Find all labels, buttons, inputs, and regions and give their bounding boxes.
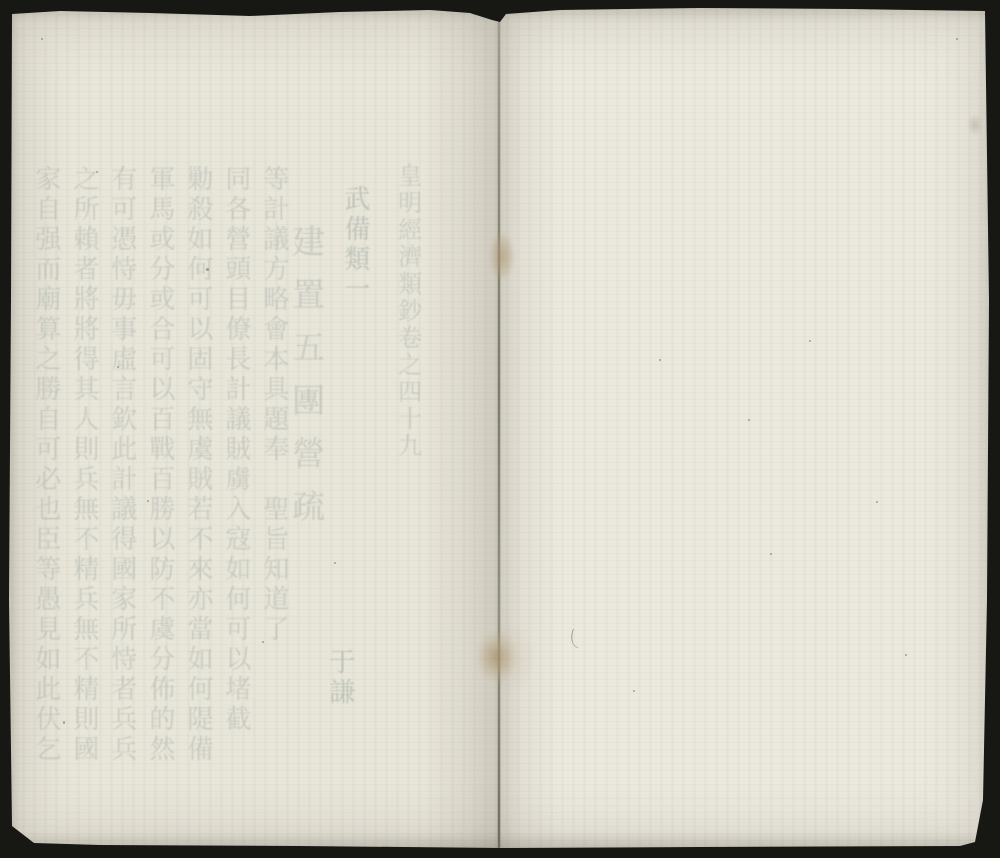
center-fold-line [498, 14, 500, 848]
showthrough-body-column: 家自强而廟算之勝自可必也臣等愚見如此伏乞 [30, 165, 60, 765]
showthrough-piece-title-column: 建置五團營疏 [287, 224, 325, 542]
showthrough-body-column: 軍馬或分或合可以百戰百勝以防不虞分佈的然 [144, 165, 174, 765]
showthrough-body-column: 同各營頭目僚長計議賊虜入寇如何可以堵截 [220, 165, 250, 735]
right-page [499, 8, 992, 848]
showthrough-body-column: 等計議方略會本具題奉 聖旨知道了 [258, 165, 288, 645]
showthrough-book-title-column: 皇明經濟類鈔卷之四十九 [393, 163, 421, 460]
scanner-background: 皇明經濟類鈔卷之四十九 武備類一 建置五團營疏 于謙 等計議方略會本具題奉 聖旨… [0, 0, 1000, 858]
left-page: 皇明經濟類鈔卷之四十九 武備類一 建置五團營疏 于謙 等計議方略會本具題奉 聖旨… [9, 8, 499, 848]
paper-smudge [967, 114, 983, 136]
showthrough-author-column: 于謙 [324, 648, 354, 708]
book-spread: 皇明經濟類鈔卷之四十九 武備類一 建置五團營疏 于謙 等計議方略會本具題奉 聖旨… [9, 8, 992, 848]
showthrough-body-column: 有可憑恃毋事虛言欽此計議得國家所恃者兵兵 [106, 165, 136, 765]
showthrough-category-column: 武備類一 [339, 185, 369, 305]
showthrough-body-column: 之所賴者將將得其人則兵無不精兵無不精則國 [68, 165, 98, 765]
showthrough-body-column: 勦殺如何可以固守無虞賊若不來亦當如何隄備 [182, 165, 212, 765]
